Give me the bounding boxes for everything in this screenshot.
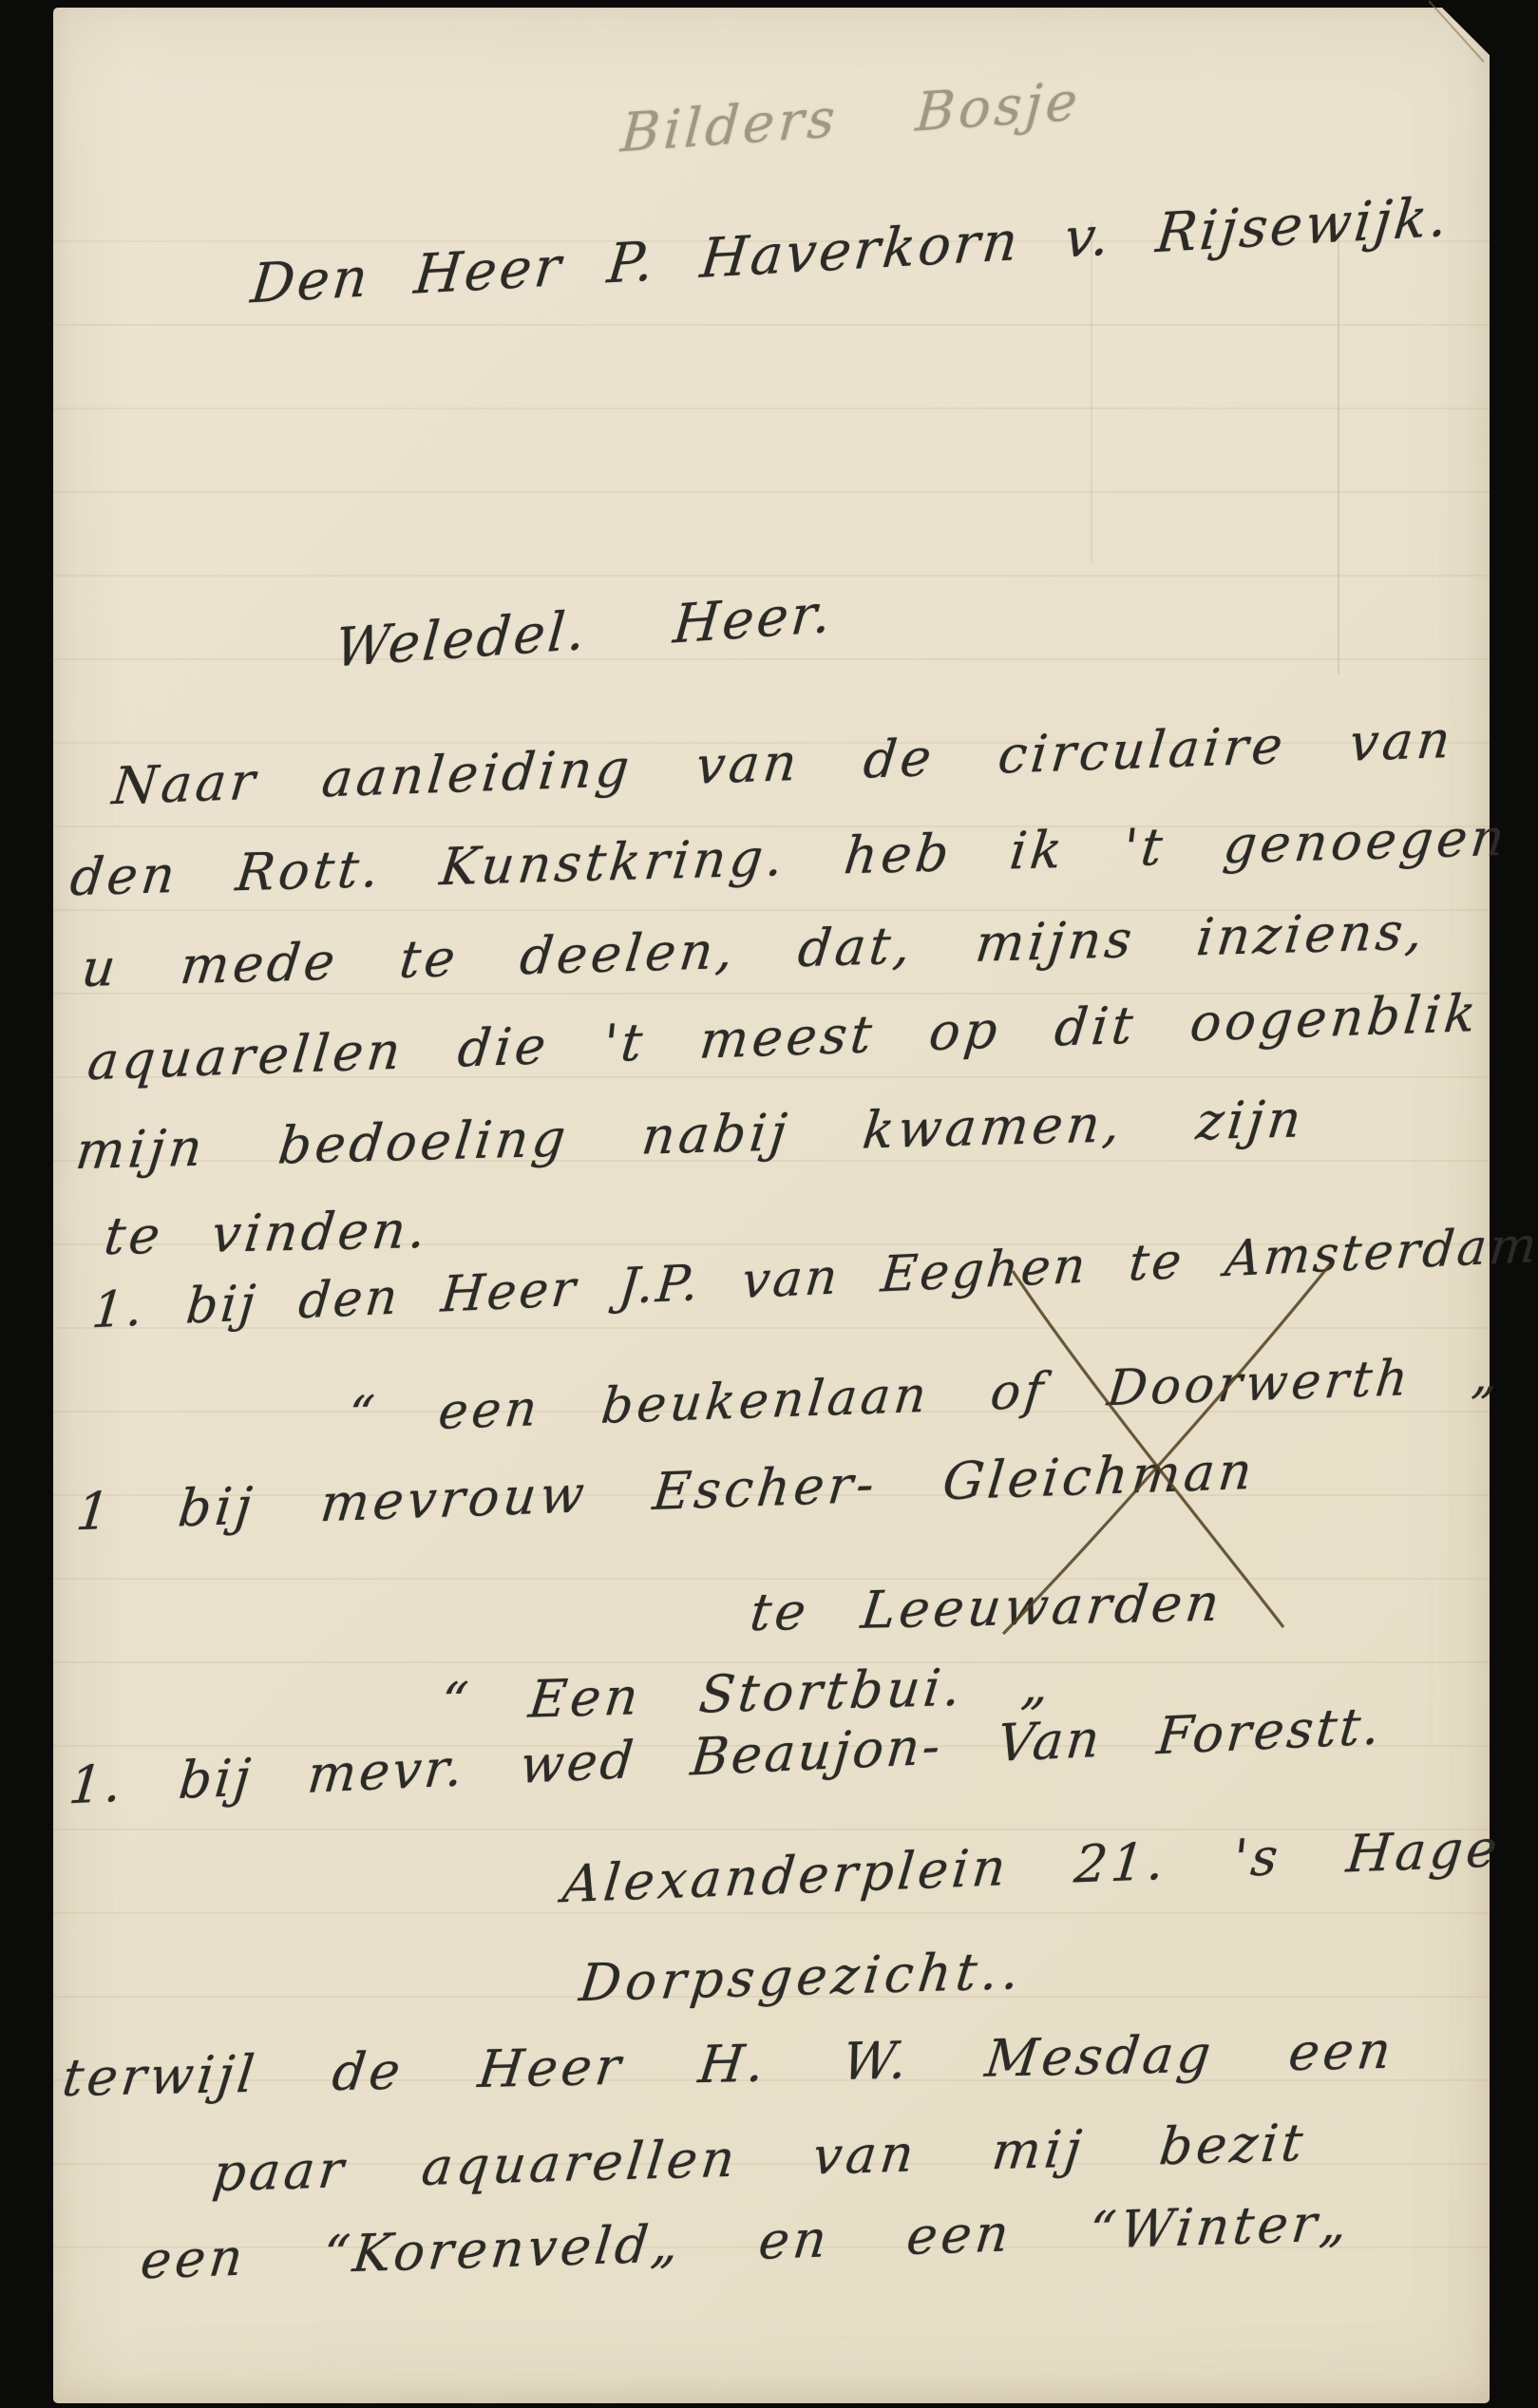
handwritten-line: te vinden.	[101, 1200, 432, 1266]
scanned-letter-image: Bilders Bosje Den Heer P. Haverkorn v. R…	[0, 0, 1538, 2408]
handwritten-line: Naar aanleiding van de circulaire van	[109, 710, 1456, 817]
handwritten-line-address: Alexanderplein 21. 's Hage	[560, 1818, 1504, 1914]
handwritten-line: te Leeuwarden	[747, 1573, 1225, 1643]
pencil-inscription: Bilders Bosje	[618, 70, 1083, 164]
handwritten-line: paar aquarellen van mij bezit	[210, 2113, 1310, 2203]
paper-crease	[1338, 228, 1339, 674]
handwritten-line-addressee: Den Heer P. Haverkorn v. Rijsewijk.	[248, 185, 1453, 315]
handwritten-line-list-item: 1 bij mevrouw Escher- Gleichman	[73, 1441, 1258, 1543]
handwritten-line: mijn bedoeling nabij kwamen, zijn	[73, 1089, 1308, 1181]
paper-crease	[1091, 221, 1092, 563]
handwritten-line: terwijl de Heer H. W. Mesdag een	[59, 2020, 1397, 2109]
handwritten-line-artwork-title: Dorpsgezicht..	[577, 1941, 1027, 2013]
handwritten-line-artwork-titles: een “Korenveld„ en een “Winter„	[138, 2192, 1354, 2290]
handwritten-line-salutation: Weledel. Heer.	[332, 582, 836, 679]
letter-paper: Bilders Bosje Den Heer P. Haverkorn v. R…	[53, 8, 1490, 2403]
handwritten-line: aquarellen die 't meest op dit oogenblik	[85, 983, 1482, 1091]
handwritten-line: u mede te deelen, dat, mijns inziens,	[79, 901, 1430, 998]
corner-fold-cut	[1441, 7, 1491, 56]
handwritten-line: den Rott. Kunstkring. heb ik 't genoegen	[67, 807, 1511, 907]
handwritten-line-artwork-title: “ een beukenlaan of Doorwerth „	[346, 1347, 1505, 1445]
